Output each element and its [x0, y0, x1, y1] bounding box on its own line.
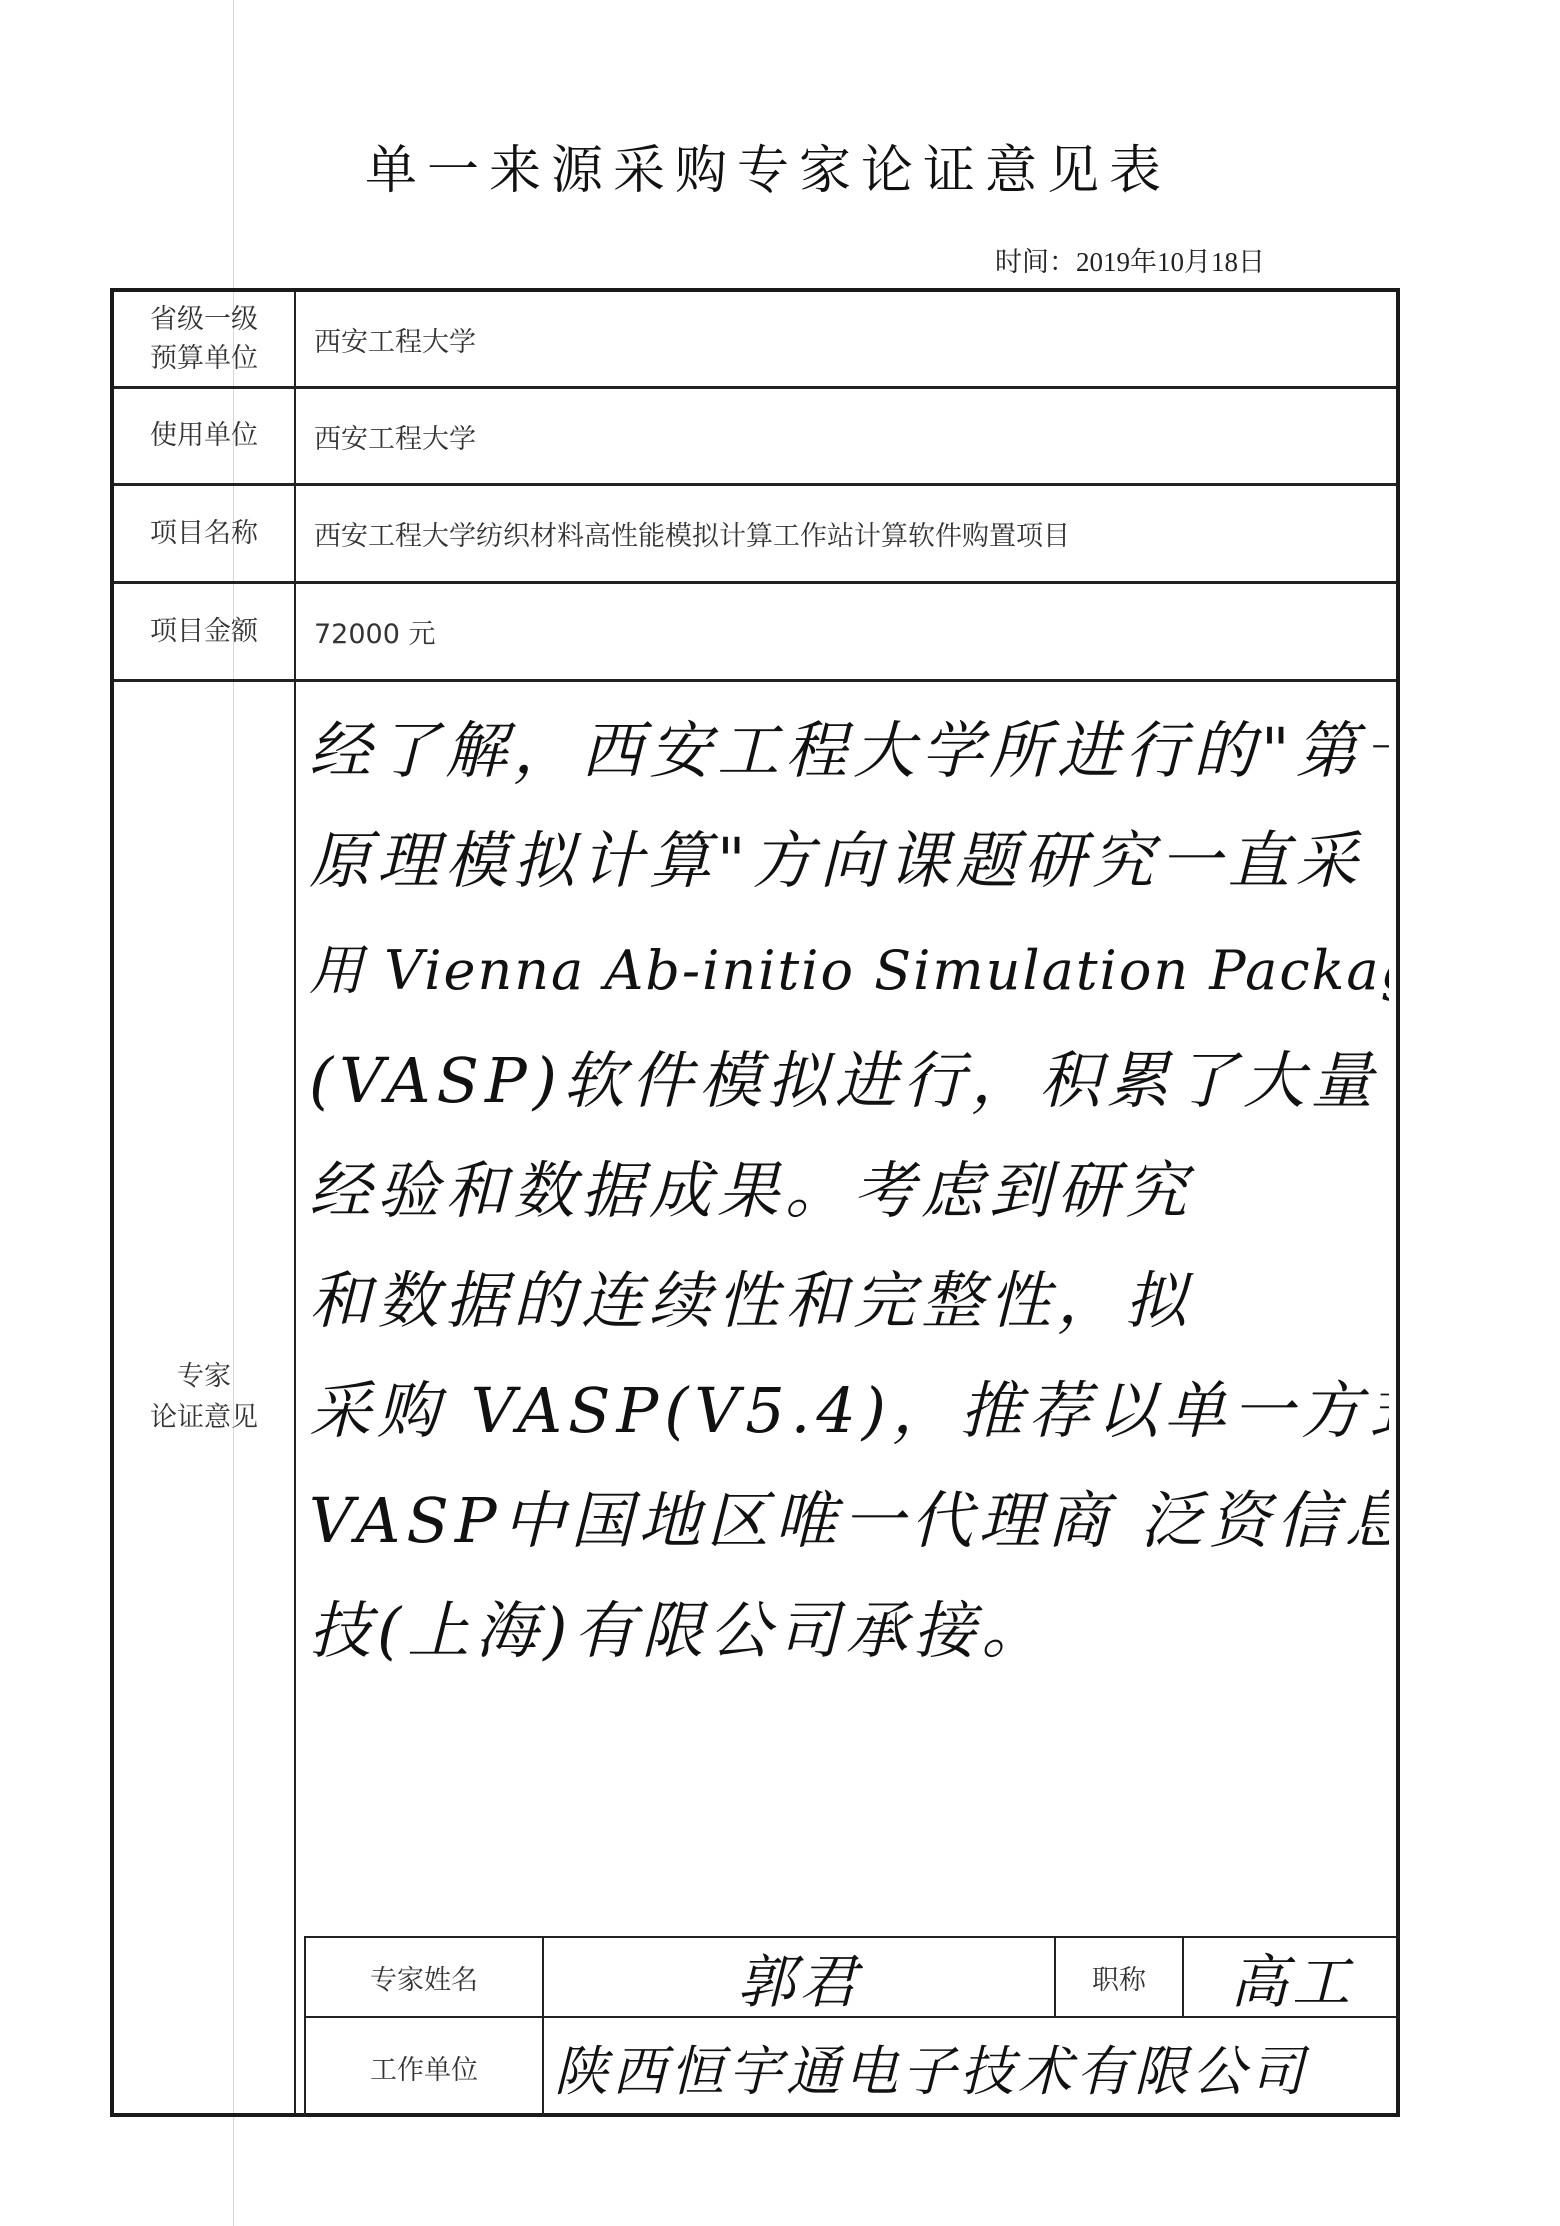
opinion-line: VASP中国地区唯一代理商 泛资信息科 — [309, 1466, 1389, 1576]
row-project-name: 项目名称 西安工程大学纺织材料高性能模拟计算工作站计算软件购置项目 — [114, 486, 1396, 584]
work-unit-label: 工作单位 — [304, 2018, 544, 2117]
opinion-line: 技(上海)有限公司承接。 — [309, 1576, 1389, 1686]
project-name-label: 项目名称 — [114, 486, 296, 581]
date-line: 时间：2019年10月18日 — [995, 240, 1265, 279]
expert-name-signature: 郭君 — [544, 1938, 1056, 2016]
opinion-line: (VASP)软件模拟进行，积累了大量 — [309, 1026, 1389, 1136]
date-label: 时间： — [995, 247, 1076, 277]
expert-opinion-handwritten-text: 经了解，西安工程大学所进行的"第一性 原理模拟计算"方向课题研究一直采 用 Vi… — [309, 696, 1389, 1686]
row-expert-opinion: 专家 论证意见 经了解，西安工程大学所进行的"第一性 原理模拟计算"方向课题研究… — [114, 682, 1396, 2113]
opinion-line: 采购 VASP(V5.4)，推荐以单一方式由 — [309, 1356, 1389, 1466]
work-unit-row: 工作单位 陕西恒宇通电子技术有限公司 — [304, 2018, 1400, 2117]
opinion-line: 用 Vienna Ab-initio Simulation Package — [309, 916, 1389, 1026]
budget-unit-value: 西安工程大学 — [314, 292, 1396, 386]
opinion-line: 经验和数据成果。考虑到研究 — [309, 1136, 1389, 1246]
expert-title-value: 高工 — [1184, 1938, 1400, 2016]
budget-unit-label: 省级一级 预算单位 — [114, 292, 296, 386]
expert-title-label: 职称 — [1056, 1938, 1184, 2016]
using-unit-label: 使用单位 — [114, 389, 296, 483]
project-amount-label: 项目金额 — [114, 584, 296, 679]
date-value: 2019年10月18日 — [1076, 247, 1265, 277]
expert-name-row: 专家姓名 郭君 职称 高工 — [304, 1938, 1400, 2018]
project-name-value: 西安工程大学纺织材料高性能模拟计算工作站计算软件购置项目 — [314, 486, 1396, 581]
opinion-line: 原理模拟计算"方向课题研究一直采 — [309, 806, 1389, 916]
project-amount-value: 72000 元 — [314, 584, 1396, 679]
row-budget-unit: 省级一级 预算单位 西安工程大学 — [114, 292, 1396, 389]
expert-opinion-label: 专家 论证意见 — [114, 682, 296, 2113]
expert-name-label: 专家姓名 — [304, 1938, 544, 2016]
page-title: 单一来源采购专家论证意见表 — [0, 128, 1560, 203]
using-unit-value: 西安工程大学 — [314, 389, 1396, 483]
opinion-line: 和数据的连续性和完整性，拟 — [309, 1246, 1389, 1356]
row-project-amount: 项目金额 72000 元 — [114, 584, 1396, 682]
work-unit-value: 陕西恒宇通电子技术有限公司 — [544, 2018, 1400, 2117]
opinion-line: 经了解，西安工程大学所进行的"第一性 — [309, 696, 1389, 806]
expert-info-table: 专家姓名 郭君 职称 高工 工作单位 陕西恒宇通电子技术有限公司 — [304, 1936, 1400, 2117]
row-using-unit: 使用单位 西安工程大学 — [114, 389, 1396, 486]
opinion-form-table: 省级一级 预算单位 西安工程大学 使用单位 西安工程大学 项目名称 西安工程大学… — [110, 288, 1400, 2117]
